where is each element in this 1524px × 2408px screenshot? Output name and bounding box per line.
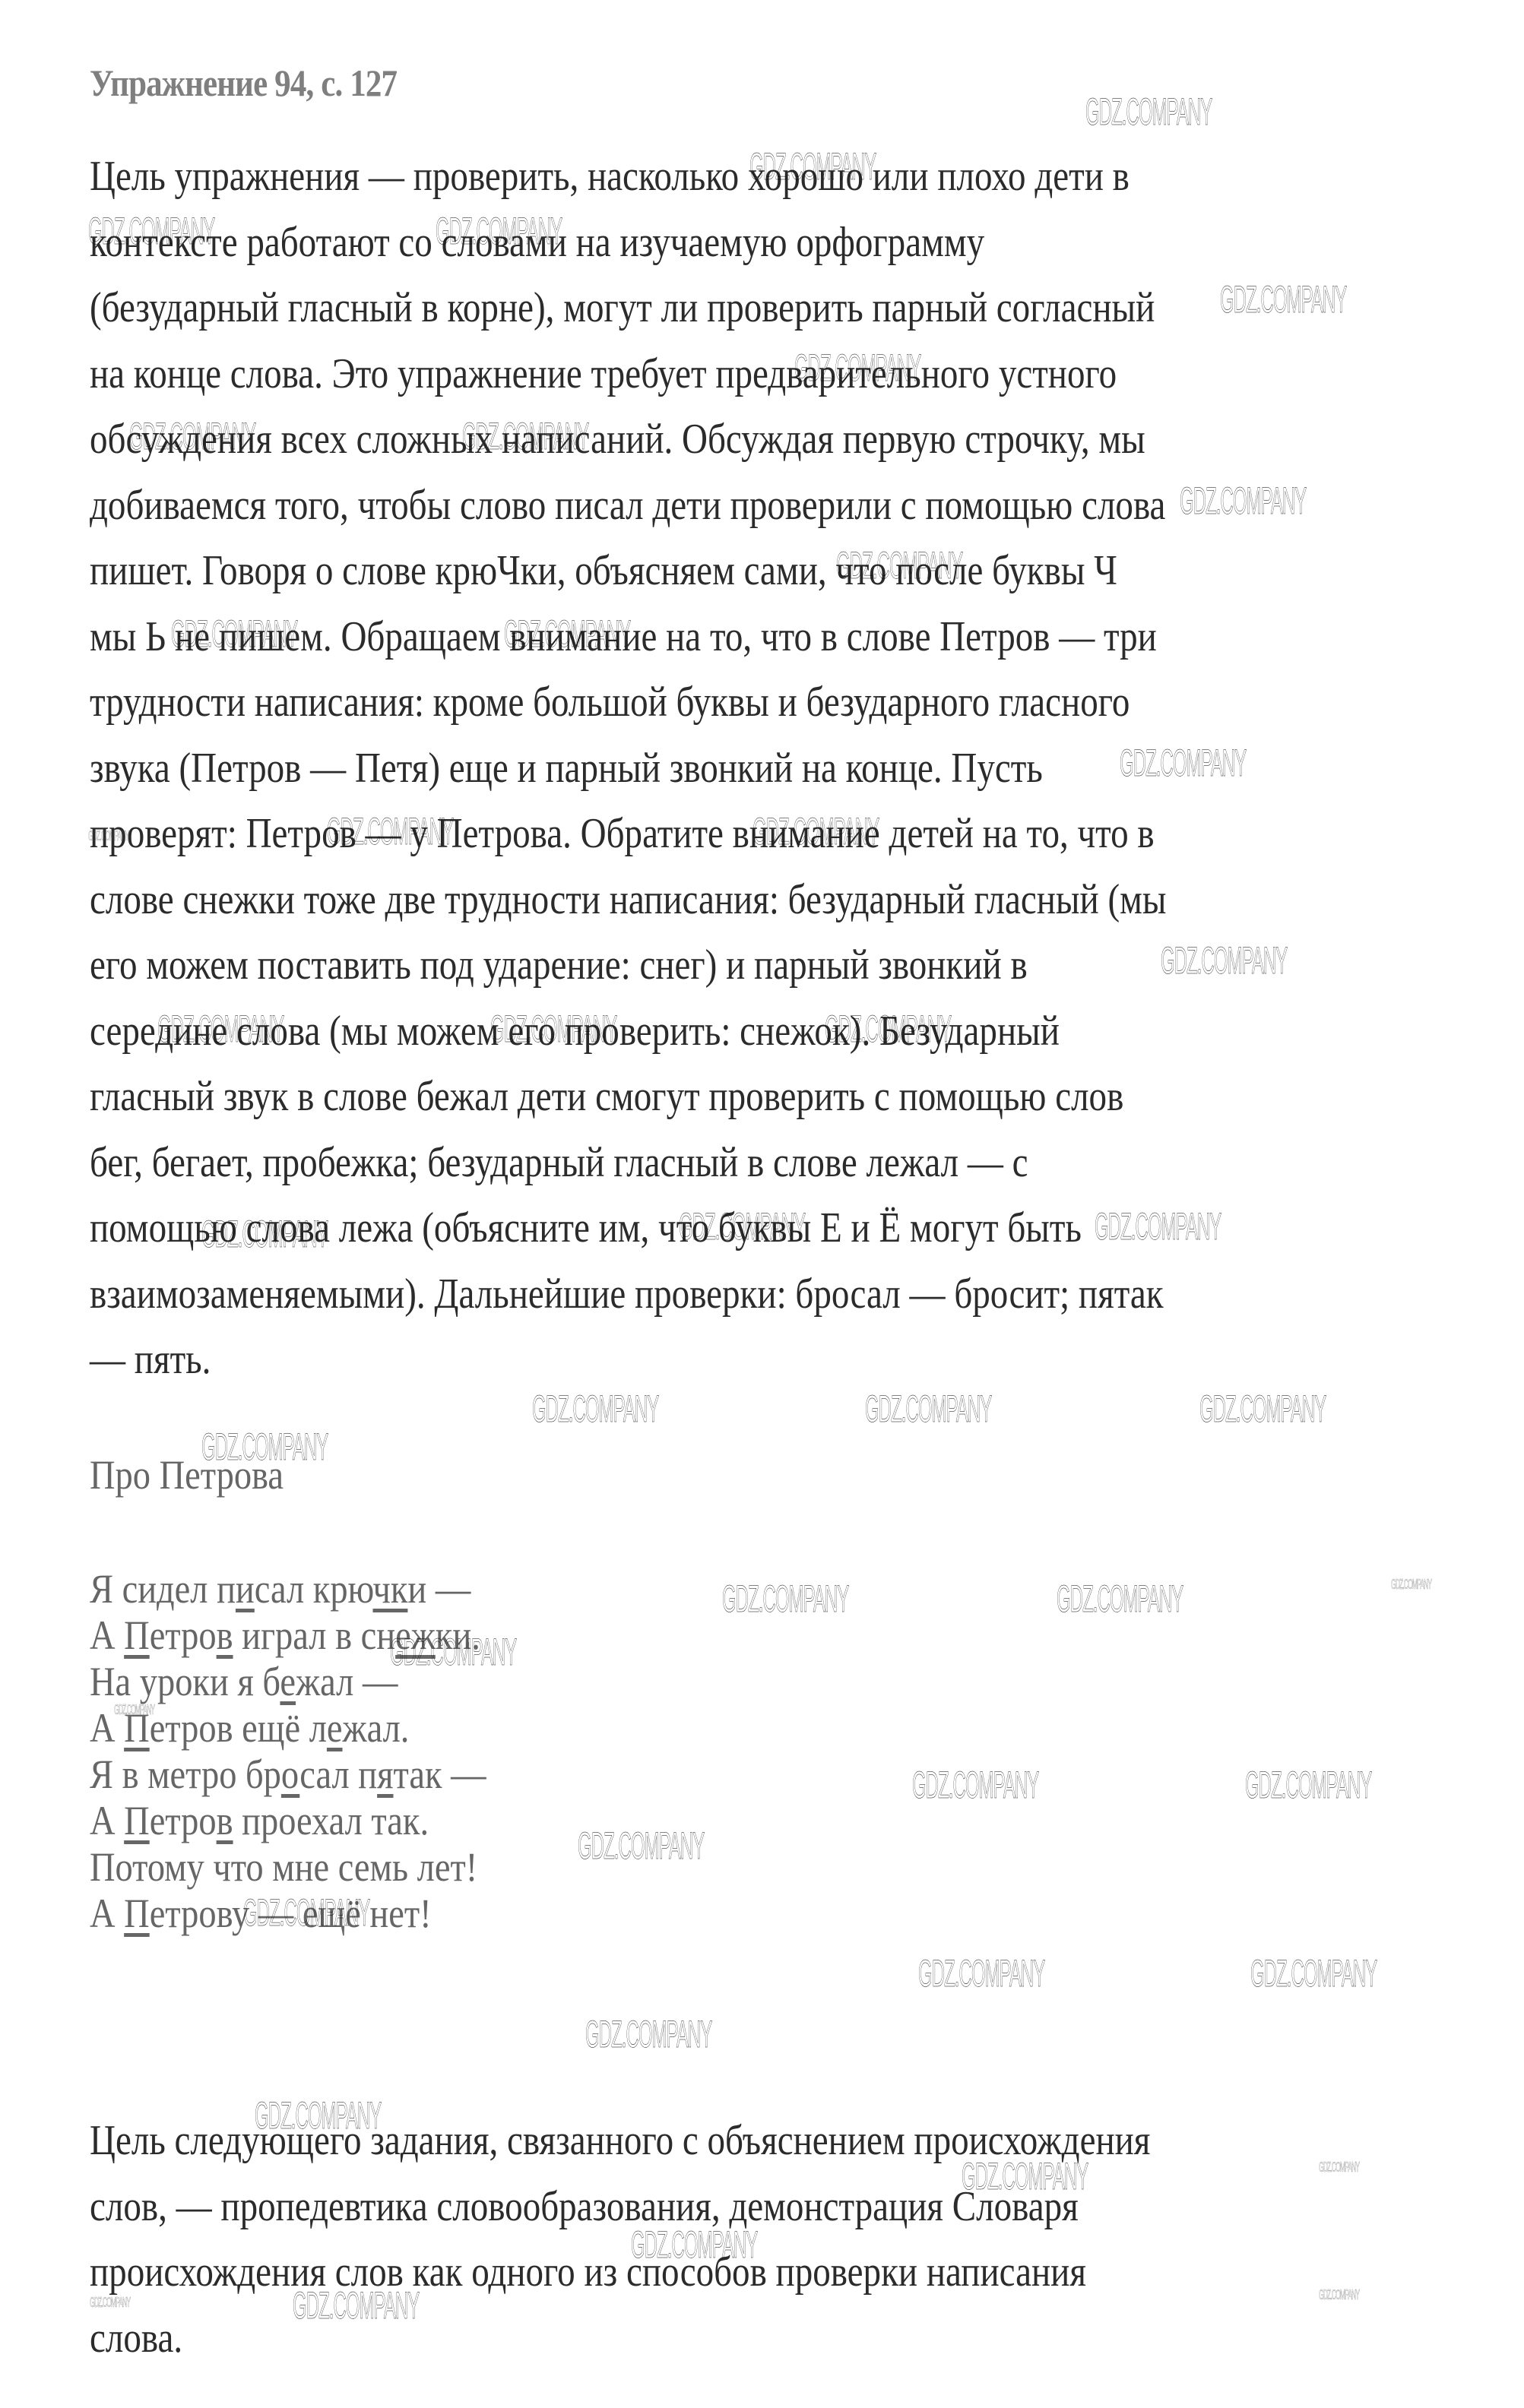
poem-line: А Петров проехал так. (90, 1797, 429, 1844)
poem-text: проехал так. (233, 1798, 429, 1843)
watermark: GDZ.COMPANY (1250, 1951, 1377, 1995)
poem-text: и — (407, 1566, 471, 1612)
text-line: пишет. Говоря о слове крюЧки, объясняем … (90, 546, 1117, 595)
watermark: GDZ.COMPANY (1220, 277, 1346, 321)
watermark: GDZ.COMPANY (171, 612, 297, 656)
watermark: GDZ.COMPANY (679, 1204, 805, 1248)
watermark: GDZ.COMPANY (293, 2283, 419, 2327)
text-line: Цель упражнения — проверить, насколько х… (90, 152, 1130, 201)
watermark: GDZ.COMPANY (157, 1007, 284, 1051)
poem-text: А (90, 1612, 124, 1658)
poem-line: Я сидел писал крючки — (90, 1565, 471, 1612)
poem-text: Я сидел п (90, 1566, 236, 1612)
watermark: GDZ.COMPANY (631, 2223, 757, 2267)
poem-text: етро (150, 1612, 217, 1658)
poem-text: Потому что мне семь лет! (90, 1844, 477, 1890)
watermark: GDZ.COMPANY (1095, 1204, 1221, 1248)
text-line: звука (Петров — Петя) еще и парный звонк… (90, 744, 1043, 793)
watermark: GDZ.COMPANY (752, 809, 879, 853)
watermark: GDZ.COMPANY (390, 1630, 516, 1674)
poem-text: сал крю (255, 1566, 373, 1612)
watermark: GDZ.COMPANY (88, 828, 128, 844)
watermark: GDZ.COMPANY (962, 2154, 1088, 2198)
watermark: GDZ.COMPANY (749, 144, 876, 188)
underlined-spelling: о (281, 1751, 299, 1797)
underlined-spelling: е (327, 1705, 343, 1751)
text-line: гласный звук в слове бежал дети смогут п… (90, 1072, 1123, 1121)
text-line: добиваемся того, чтобы слово писал дети … (90, 481, 1165, 530)
watermark: GDZ.COMPANY (1180, 479, 1306, 523)
poem-text: На уроки я б (90, 1659, 280, 1704)
text-line: трудности написания: кроме большой буквы… (90, 678, 1130, 726)
poem-text: жал — (296, 1659, 398, 1704)
underlined-spelling: П (124, 1612, 150, 1658)
watermark: GDZ.COMPANY (504, 612, 630, 656)
watermark: GDZ.COMPANY (825, 1007, 951, 1051)
watermark: GDZ.COMPANY (255, 2093, 381, 2137)
poem-text: етров ещё л (150, 1705, 327, 1751)
underlined-spelling: П (124, 1891, 150, 1936)
underlined-spelling: и (236, 1566, 255, 1612)
poem-text: играл в сн (233, 1612, 396, 1658)
text-line: (безударный гласный в корне), могут ли п… (90, 283, 1155, 332)
poem-text: А (90, 1798, 124, 1843)
document-page: Упражнение 94, с. 127 Цель упражнения — … (0, 0, 1524, 2408)
text-line: слов, — пропедевтика словообразования, д… (90, 2182, 1079, 2231)
watermark: GDZ.COMPANY (585, 2012, 711, 2056)
text-line: слова. (90, 2314, 182, 2362)
poem-line: Потому что мне семь лет! (90, 1843, 477, 1891)
watermark: GDZ.COMPANY (90, 2295, 130, 2311)
watermark: GDZ.COMPANY (836, 543, 962, 587)
watermark: GDZ.COMPANY (918, 1951, 1044, 1995)
watermark: GDZ.COMPANY (1391, 1577, 1431, 1593)
poem-text: сал п (299, 1751, 377, 1797)
poem-text: етро (150, 1798, 217, 1843)
watermark: GDZ.COMPANY (532, 1387, 658, 1431)
watermark: GDZ.COMPANY (1057, 1577, 1183, 1621)
text-line: его можем поставить под ударение: снег) … (90, 941, 1028, 989)
poem-text: А (90, 1891, 124, 1936)
watermark: GDZ.COMPANY (1319, 2160, 1359, 2175)
text-line: бег, бегает, пробежка; безударный гласны… (90, 1138, 1028, 1187)
watermark: GDZ.COMPANY (114, 1702, 154, 1718)
watermark: GDZ.COMPANY (327, 809, 453, 853)
text-line: взаимозаменяемыми). Дальнейшие проверки:… (90, 1270, 1164, 1318)
poem-text: так — (393, 1751, 486, 1797)
watermark: GDZ.COMPANY (462, 414, 588, 458)
watermark: GDZ.COMPANY (1319, 2287, 1359, 2303)
poem-line: На уроки я бежал — (90, 1658, 398, 1705)
watermark: GDZ.COMPANY (722, 1577, 848, 1621)
poem-text: Я в метро бр (90, 1751, 281, 1797)
text-line: — пять. (90, 1335, 211, 1384)
watermark: GDZ.COMPANY (1245, 1763, 1371, 1807)
watermark: GDZ.COMPANY (794, 346, 920, 390)
underlined-spelling: чк (372, 1566, 407, 1612)
watermark: GDZ.COMPANY (1085, 90, 1212, 134)
watermark: GDZ.COMPANY (243, 1891, 369, 1935)
text-line: на конце слова. Это упражнение требует п… (90, 350, 1117, 398)
text-line: слове снежки тоже две трудности написани… (90, 875, 1167, 924)
watermark: GDZ.COMPANY (1161, 938, 1287, 983)
watermark: GDZ.COMPANY (201, 1212, 328, 1256)
text-line: происхождения слов как одного из способо… (90, 2248, 1086, 2296)
poem-line: Я в метро бросал пятак — (90, 1751, 486, 1798)
watermark: GDZ.COMPANY (865, 1387, 991, 1431)
watermark: GDZ.COMPANY (201, 1425, 328, 1469)
underlined-spelling: в (217, 1612, 233, 1658)
watermark: GDZ.COMPANY (490, 1007, 616, 1051)
watermark: GDZ.COMPANY (1199, 1387, 1326, 1431)
underlined-spelling: П (124, 1798, 150, 1843)
watermark: GDZ.COMPANY (436, 209, 562, 253)
exercise-heading: Упражнение 94, с. 127 (90, 61, 397, 105)
watermark: GDZ.COMPANY (578, 1824, 704, 1868)
underlined-spelling: я (377, 1751, 393, 1797)
watermark: GDZ.COMPANY (912, 1763, 1038, 1807)
underlined-spelling: в (217, 1798, 233, 1843)
watermark: GDZ.COMPANY (129, 414, 255, 458)
underlined-spelling: е (280, 1659, 296, 1704)
poem-text: жал. (343, 1705, 410, 1751)
text-line: проверят: Петров — у Петрова. Обратите в… (90, 809, 1155, 858)
watermark: GDZ.COMPANY (88, 209, 214, 253)
watermark: GDZ.COMPANY (1120, 741, 1246, 785)
